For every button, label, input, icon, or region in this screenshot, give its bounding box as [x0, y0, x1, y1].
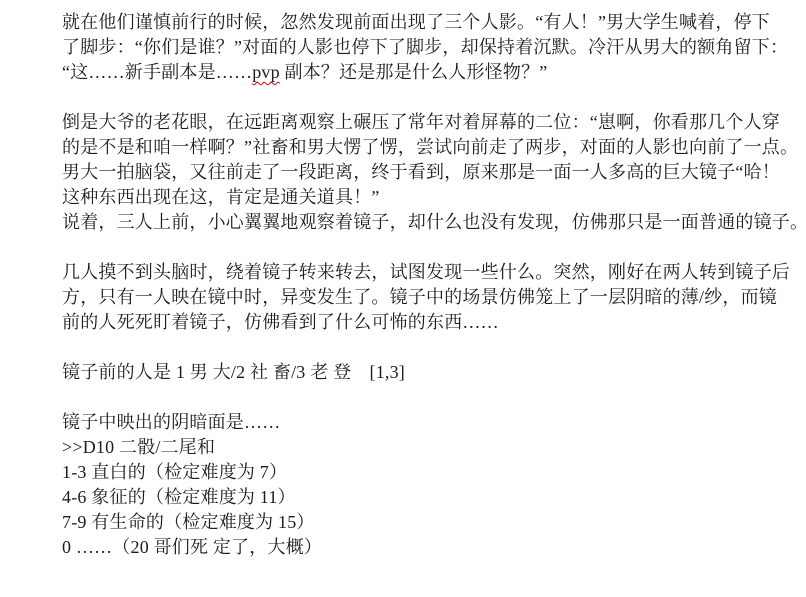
- text-line: 前的人死死盯着镜子，仿佛看到了什么可怖的东西……: [62, 310, 774, 335]
- text-line: 镜子中映出的阴暗面是……: [62, 410, 774, 435]
- paragraph: 倒是大爷的老花眼，在远距离观察上碾压了常年对着屏幕的二位：“崽啊，你看那几个人穿…: [62, 110, 774, 210]
- paragraph: 几人摸不到头脑时，绕着镜子转来转去，试图发现一些什么。突然，刚好在两人转到镜子后…: [62, 260, 774, 335]
- text-line: 7-9 有生命的（检定难度为 15）: [62, 510, 774, 535]
- document-text: 就在他们谨慎前行的时候，忽然发现前面出现了三个人影。“有人！”男大学生喊着，停下…: [62, 10, 774, 560]
- text-line: 的是不是和咱一样啊？”社畜和男大愣了愣，尝试向前走了两步，对面的人影也向前了一点…: [62, 135, 774, 160]
- paragraph: 镜子前的人是 1 男 大/2 社 畜/3 老 登 [1,3]: [62, 360, 774, 385]
- text-line: 方，只有一人映在镜中时，异变发生了。镜子中的场景仿佛笼上了一层阴暗的薄/纱，而镜: [62, 285, 774, 310]
- text-line: >>D10 二骰/二尾和: [62, 435, 774, 460]
- document-page: 就在他们谨慎前行的时候，忽然发现前面出现了三个人影。“有人！”男大学生喊着，停下…: [0, 0, 806, 597]
- text-line: 男大一拍脑袋，又往前走了一段距离，终于看到，原来那是一面一人多高的巨大镜子“哈！: [62, 160, 774, 185]
- text-line: “这……新手副本是……pvp 副本？还是那是什么人形怪物？”: [62, 60, 774, 85]
- paragraph: 说着，三人上前，小心翼翼地观察着镜子，却什么也没有发现，仿佛那只是一面普通的镜子…: [62, 210, 774, 235]
- text-line: 说着，三人上前，小心翼翼地观察着镜子，却什么也没有发现，仿佛那只是一面普通的镜子…: [62, 210, 774, 235]
- text-line: 1-3 直白的（检定难度为 7）: [62, 460, 774, 485]
- paragraph: 就在他们谨慎前行的时候，忽然发现前面出现了三个人影。“有人！”男大学生喊着，停下…: [62, 10, 774, 85]
- text-line: 这种东西出现在这，肯定是通关道具！”: [62, 185, 774, 210]
- text-line: 了脚步：“你们是谁？”对面的人影也停下了脚步，却保持着沉默。冷汗从男大的额角留下…: [62, 35, 774, 60]
- text-line: 倒是大爷的老花眼，在远距离观察上碾压了常年对着屏幕的二位：“崽啊，你看那几个人穿: [62, 110, 774, 135]
- paragraph: 镜子中映出的阴暗面是……>>D10 二骰/二尾和1-3 直白的（检定难度为 7）…: [62, 410, 774, 560]
- misspelled-word: pvp: [252, 62, 280, 82]
- text-line: 就在他们谨慎前行的时候，忽然发现前面出现了三个人影。“有人！”男大学生喊着，停下: [62, 10, 774, 35]
- text-line: 4-6 象征的（检定难度为 11）: [62, 485, 774, 510]
- text-line: 几人摸不到头脑时，绕着镜子转来转去，试图发现一些什么。突然，刚好在两人转到镜子后: [62, 260, 774, 285]
- text-line: 镜子前的人是 1 男 大/2 社 畜/3 老 登 [1,3]: [62, 360, 774, 385]
- text-line: 0 ……（20 哥们死 定了，大概）: [62, 535, 774, 560]
